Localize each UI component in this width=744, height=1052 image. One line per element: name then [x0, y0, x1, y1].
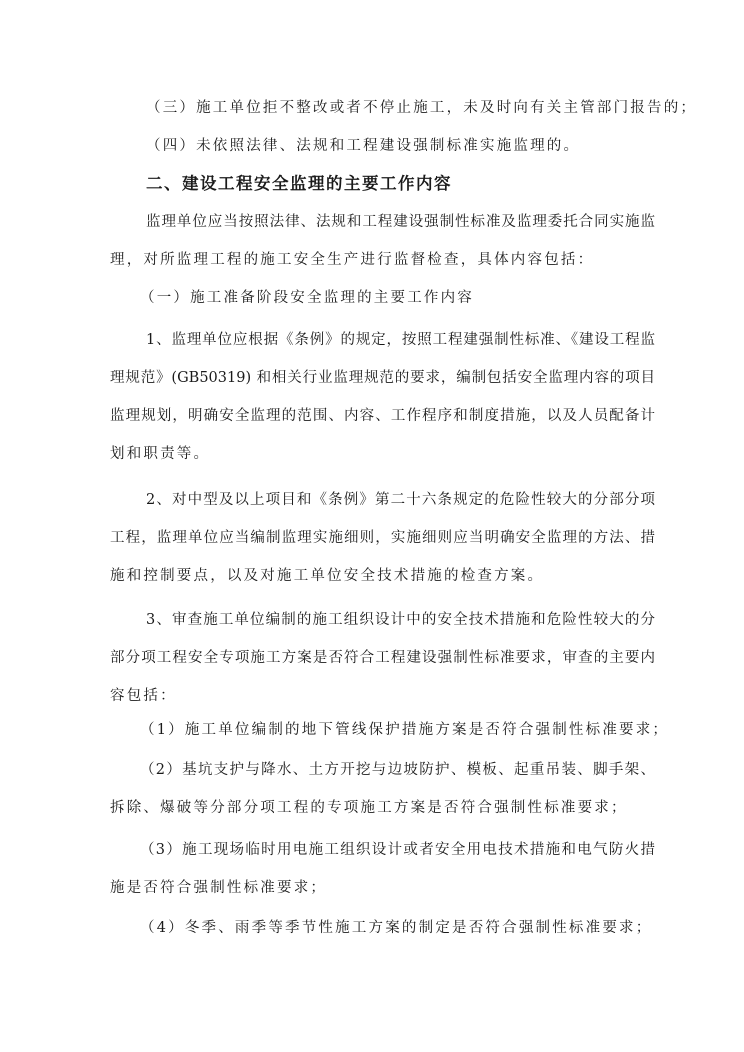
- intro-line-2: 理，对所监理工程的施工安全生产进行监督检查，具体内容包括：: [110, 250, 655, 270]
- p3-line-2: 部分项工程安全专项施工方案是否符合工程建设强制性标准要求，审查的主要内: [110, 648, 655, 668]
- sub-item-2-line-1: （2）基坑支护与降水、土方开挖与边坡防护、模板、起重吊装、脚手架、: [140, 760, 655, 780]
- p1-line-2: 理规范》(GB50319) 和相关行业监理规范的要求，编制包括安全监理内容的项目: [110, 368, 655, 388]
- sub-item-4: （4）冬季、雨季等季节性施工方案的制定是否符合强制性标准要求；: [140, 918, 685, 938]
- p3-line-1: 3、审查施工单位编制的施工组织设计中的安全技术措施和危险性较大的分: [146, 610, 655, 630]
- p1-line-4: 划和职责等。: [110, 444, 655, 464]
- sub-item-3-line-1: （3）施工现场临时用电施工组织设计或者安全用电技术措施和电气防火措: [140, 840, 655, 860]
- sub-item-2-line-2: 拆除、爆破等分部分项工程的专项施工方案是否符合强制性标准要求；: [110, 798, 655, 818]
- section-heading: 二、建设工程安全监理的主要工作内容: [146, 174, 691, 194]
- p1-line-3: 监理规划，明确安全监理的范围、内容、工作程序和制度措施，以及人员配备计: [110, 406, 655, 426]
- sub-item-1: （1）施工单位编制的地下管线保护措施方案是否符合强制性标准要求；: [140, 720, 685, 740]
- list-item-four: （四）未依照法律、法规和工程建设强制标准实施监理的。: [146, 136, 691, 156]
- subsection-title: （一）施工准备阶段安全监理的主要工作内容: [140, 288, 685, 308]
- list-item-three: （三）施工单位拒不整改或者不停止施工，未及时向有关主管部门报告的；: [146, 98, 691, 118]
- p2-line-1: 2、对中型及以上项目和《条例》第二十六条规定的危险性较大的分部分项: [146, 490, 655, 510]
- p3-line-3: 容包括：: [110, 686, 655, 706]
- p1-line-1: 1、监理单位应根据《条例》的规定，按照工程建强制性标准、《建设工程监: [146, 330, 655, 350]
- intro-line-1: 监理单位应当按照法律、法规和工程建设强制性标准及监理委托合同实施监: [146, 212, 655, 232]
- p2-line-2: 工程，监理单位应当编制监理实施细则，实施细则应当明确安全监理的方法、措: [110, 528, 655, 548]
- p2-line-3: 施和控制要点，以及对施工单位安全技术措施的检查方案。: [110, 566, 655, 586]
- sub-item-3-line-2: 施是否符合强制性标准要求；: [110, 878, 655, 898]
